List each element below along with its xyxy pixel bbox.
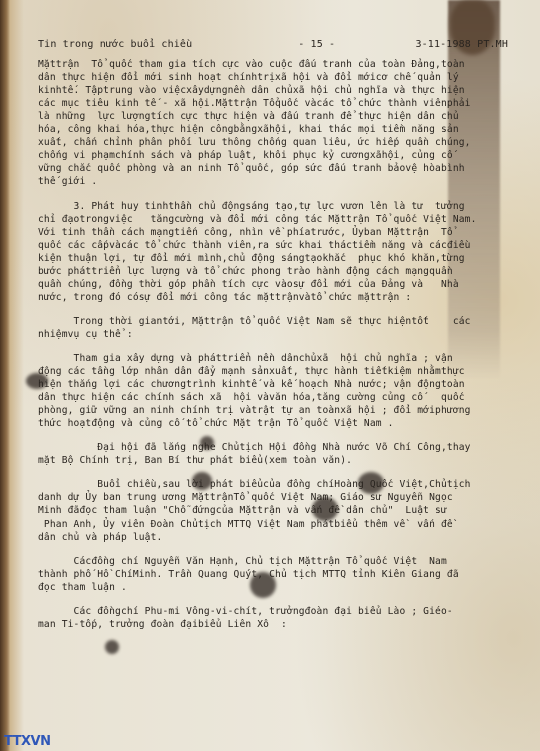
- text-line: xuất, chấn chỉnh phân phối lưu thông chố…: [38, 136, 508, 149]
- text-line: quần chúng, đồng thời góp phần tích cực …: [38, 278, 508, 291]
- text-line: nước, trong đó cósự đổi mới công tác mặt…: [38, 291, 508, 304]
- header-date-code: 3-11-1988 PT.MH: [415, 38, 508, 51]
- text-line: Minh đãđọc tham luận "Chỗ đứngcủa Mặttrậ…: [38, 504, 508, 517]
- text-line: Buổi chiều,sau lời phát biểucủa đồng chí…: [38, 478, 508, 491]
- page-header: Tin trong nước buổi chiều - 15 - 3-11-19…: [38, 38, 508, 51]
- page-number: - 15 -: [257, 38, 377, 51]
- text-line: thành phố Hồ ChíMinh. Trần Quang Quýt, C…: [38, 568, 508, 581]
- paragraph-gap: [38, 189, 508, 200]
- text-line: thức hoạtđộng và củng cố tổ chức Mặt trậ…: [38, 417, 508, 430]
- page-binding-edge: [0, 0, 10, 751]
- text-line: nhiệmvụ cụ thể :: [38, 328, 508, 341]
- text-line: man Ti-tốp, trưởng đoàn đạibiểu Liên Xô …: [38, 618, 508, 631]
- text-line: hóa, công khai hóa,thực hiện côngbằngxãh…: [38, 123, 508, 136]
- paragraph: Tham gia xây dựng và pháttriển nền dânch…: [38, 352, 508, 430]
- paragraph-gap: [38, 594, 508, 605]
- paragraph-gap: [38, 430, 508, 441]
- text-line: Tham gia xây dựng và pháttriển nền dânch…: [38, 352, 508, 365]
- text-line: dân thực hiện đổi mới sinh hoạt chínhtrị…: [38, 71, 508, 84]
- paragraph: Các đồngchí Phu-mi Vông-vi-chít, trưởngđ…: [38, 605, 508, 631]
- text-line: chỉ đạotrongviệc tăngcường và đổi mới cô…: [38, 213, 508, 226]
- document-body: Mặttrận Tổ quốc tham gia tích cực vào cu…: [38, 58, 508, 631]
- text-line: vững chắc quốc phòng và an ninh Tổ quốc,…: [38, 162, 508, 175]
- text-line: các mục tiêu kinh tế - xã hội.Mặttrận Tổ…: [38, 97, 508, 110]
- paragraph: Mặttrận Tổ quốc tham gia tích cực vào cu…: [38, 58, 508, 188]
- text-line: Với tinh thần cách mạngtiến công, nhìn v…: [38, 226, 508, 239]
- text-line: đọc tham luận .: [38, 581, 508, 594]
- text-line: hiện thắng lợi các chươngtrình kinhtế và…: [38, 378, 508, 391]
- text-line: động các tầng lớp nhân dân đẩy mạnh sảnx…: [38, 365, 508, 378]
- text-line: Phan Anh, Ủy viên Đoàn Chủtịch MTTQ Việt…: [38, 518, 508, 531]
- text-line: chống vi phạmchính sách và pháp luật, kh…: [38, 149, 508, 162]
- paragraph-gap: [38, 467, 508, 478]
- ttxvn-watermark-logo: TTXVN: [4, 734, 51, 749]
- text-line: kinhtế. Tậptrung vào việcxâydựngnền dân …: [38, 84, 508, 97]
- paragraph: Đại hội đã lắng nghe Chủtịch Hội đồng Nh…: [38, 441, 508, 467]
- typewritten-page: Tin trong nước buổi chiều - 15 - 3-11-19…: [38, 38, 508, 631]
- paragraph-gap: [38, 341, 508, 352]
- paragraph: Trong thời giantới, Mặttrận tổ quốc Việt…: [38, 315, 508, 341]
- paragraph: 3. Phát huy tinhthần chủ độngsáng tạo,tự…: [38, 200, 508, 304]
- paragraph-gap: [38, 304, 508, 315]
- text-line: danh dự Ủy ban trung ương MặttrậnTổ quốc…: [38, 491, 508, 504]
- text-line: bước pháttriển lực lượng và tổ chức phon…: [38, 265, 508, 278]
- header-title: Tin trong nước buổi chiều: [38, 38, 218, 51]
- text-line: thế giới .: [38, 175, 508, 188]
- text-line: quốc các cấpvàcác tổ chức thành viên,ra …: [38, 239, 508, 252]
- text-line: dân thực hiện các chính sách xã hội vàvă…: [38, 391, 508, 404]
- text-line: Mặttrận Tổ quốc tham gia tích cực vào cu…: [38, 58, 508, 71]
- text-line: dân chủ và pháp luật.: [38, 531, 508, 544]
- text-line: phòng, giữ vững an ninh chính trị vàtrật…: [38, 404, 508, 417]
- ink-blot: [105, 640, 119, 654]
- paragraph: Buổi chiều,sau lời phát biểucủa đồng chí…: [38, 478, 508, 543]
- paragraph-gap: [38, 544, 508, 555]
- text-line: kiện thuận lợi, tự đổi mới mình,chủ động…: [38, 252, 508, 265]
- text-line: Cácđồng chí Nguyễn Văn Hạnh, Chủ tịch Mặ…: [38, 555, 508, 568]
- text-line: Trong thời giantới, Mặttrận tổ quốc Việt…: [38, 315, 508, 328]
- text-line: Đại hội đã lắng nghe Chủtịch Hội đồng Nh…: [38, 441, 508, 454]
- text-line: 3. Phát huy tinhthần chủ độngsáng tạo,tự…: [38, 200, 508, 213]
- text-line: Các đồngchí Phu-mi Vông-vi-chít, trưởngđ…: [38, 605, 508, 618]
- paragraph: Cácđồng chí Nguyễn Văn Hạnh, Chủ tịch Mặ…: [38, 555, 508, 594]
- text-line: là những lực lượngtích cực thực hiện và …: [38, 110, 508, 123]
- text-line: mặt Bộ Chính trị, Ban Bí thư phát biểu(x…: [38, 454, 508, 467]
